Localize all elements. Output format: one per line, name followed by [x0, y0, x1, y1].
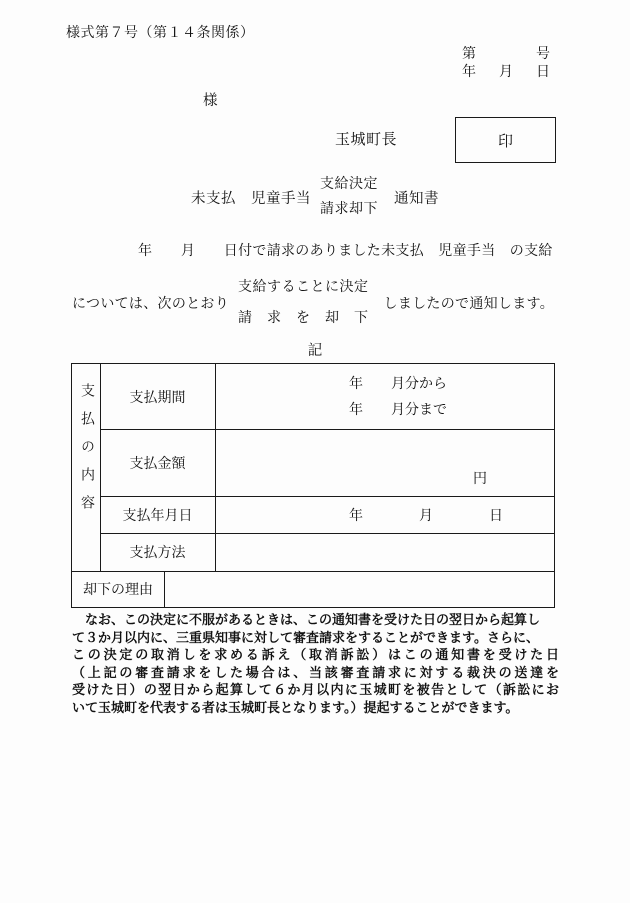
table-side-label-cell: 支払の内容 [72, 364, 100, 571]
seal-mark: 印 [498, 130, 513, 151]
payment-amount-unit: 円 [473, 468, 487, 488]
payment-method-label: 支払方法 [130, 542, 186, 562]
payment-method-label-cell: 支払方法 [100, 533, 215, 571]
table-line [164, 571, 165, 607]
decision-choice-stack: 支給することに決定 請 求 を 却 下 [238, 272, 369, 334]
date-day-label: 日 [536, 64, 550, 82]
appeal-notice-line: なお、この決定に不服があるときは、この通知書を受けた日の翌日から起算し [72, 611, 559, 629]
decision-choice-grant: 支給することに決定 [238, 272, 369, 303]
request-date-line: 年 月 日付で請求のありました未支払 児童手当 の支給 [138, 240, 553, 260]
document-number-date-block: 第 号 年 月 日 [462, 46, 550, 82]
title-suffix: 通知書 [394, 187, 439, 208]
appeal-notice-line: いて玉城町を代表する者は玉城町長となります。）提起することができます。 [72, 699, 559, 717]
seal-box: 印 [455, 117, 556, 163]
payment-amount-label-cell: 支払金額 [100, 429, 215, 496]
date-year-label: 年 [462, 64, 476, 82]
record-mark: 記 [0, 339, 630, 360]
appeal-notice-paragraph: なお、この決定に不服があるときは、この通知書を受けた日の翌日から起算し て３か月… [72, 611, 559, 717]
payment-date-label-cell: 支払年月日 [100, 496, 215, 533]
decision-prefix: については、次のとおり [72, 293, 229, 313]
date-line: 年 月 日 [462, 64, 550, 82]
payment-period-label-cell: 支払期間 [100, 364, 215, 429]
payment-date-label: 支払年月日 [123, 505, 193, 525]
payment-date-value-cell: 年 月 日 [216, 496, 554, 533]
payment-date-value: 年 月 日 [349, 505, 503, 525]
payment-amount-label: 支払金額 [130, 453, 186, 473]
payment-period-from: 年 月分から [349, 372, 554, 398]
payment-table: 支払の内容 支払期間 年 月分から 年 月分まで 支払金額 円 支払年月日 年 … [71, 363, 555, 608]
rejection-reason-label-cell: 却下の理由 [72, 571, 164, 607]
document-title: 未支払 児童手当 支給決定 請求却下 通知書 [0, 172, 630, 222]
appeal-notice-line: この決定の取消しを求める訴え（取消訴訟）はこの通知書を受けた日 [72, 646, 559, 664]
decision-suffix: しましたので通知します。 [384, 293, 554, 313]
form-number: 様式第７号（第１４条関係） [66, 22, 255, 42]
payment-period-value-cell: 年 月分から 年 月分まで [216, 364, 554, 429]
decision-line: については、次のとおり 支給することに決定 請 求 を 却 下 しましたので通知… [72, 272, 554, 334]
title-choice-stack: 支給決定 請求却下 [320, 172, 378, 222]
title-choice-grant: 支給決定 [320, 172, 378, 197]
decision-choice-reject: 請 求 を 却 下 [238, 303, 369, 334]
doc-no-suffix: 号 [536, 46, 550, 64]
document-page: 様式第７号（第１４条関係） 第 号 年 月 日 様 玉城町長 印 未支払 児童手… [0, 0, 630, 903]
doc-no-prefix: 第 [462, 46, 476, 64]
appeal-notice-line: （上記の審査請求をした場合は、当該審査請求に対する裁決の送達を [72, 664, 559, 682]
title-choice-reject: 請求却下 [320, 197, 378, 222]
appeal-notice-line: て３か月以内に、三重県知事に対して審査請求をすることができます。さらに、 [72, 629, 559, 647]
title-prefix: 未支払 児童手当 [191, 187, 311, 208]
document-number-line: 第 号 [462, 46, 550, 64]
issuer-name: 玉城町長 [335, 128, 397, 149]
payment-period-to: 年 月分まで [349, 398, 554, 424]
appeal-notice-line: 受けた日）の翌日から起算して６か月以内に玉城町を被告として（訴訟にお [72, 681, 559, 699]
table-side-label: 支払の内容 [76, 383, 96, 571]
rejection-reason-label: 却下の理由 [83, 579, 153, 599]
addressee-suffix: 様 [203, 89, 218, 110]
payment-period-label: 支払期間 [130, 387, 186, 407]
date-month-label: 月 [499, 64, 513, 82]
